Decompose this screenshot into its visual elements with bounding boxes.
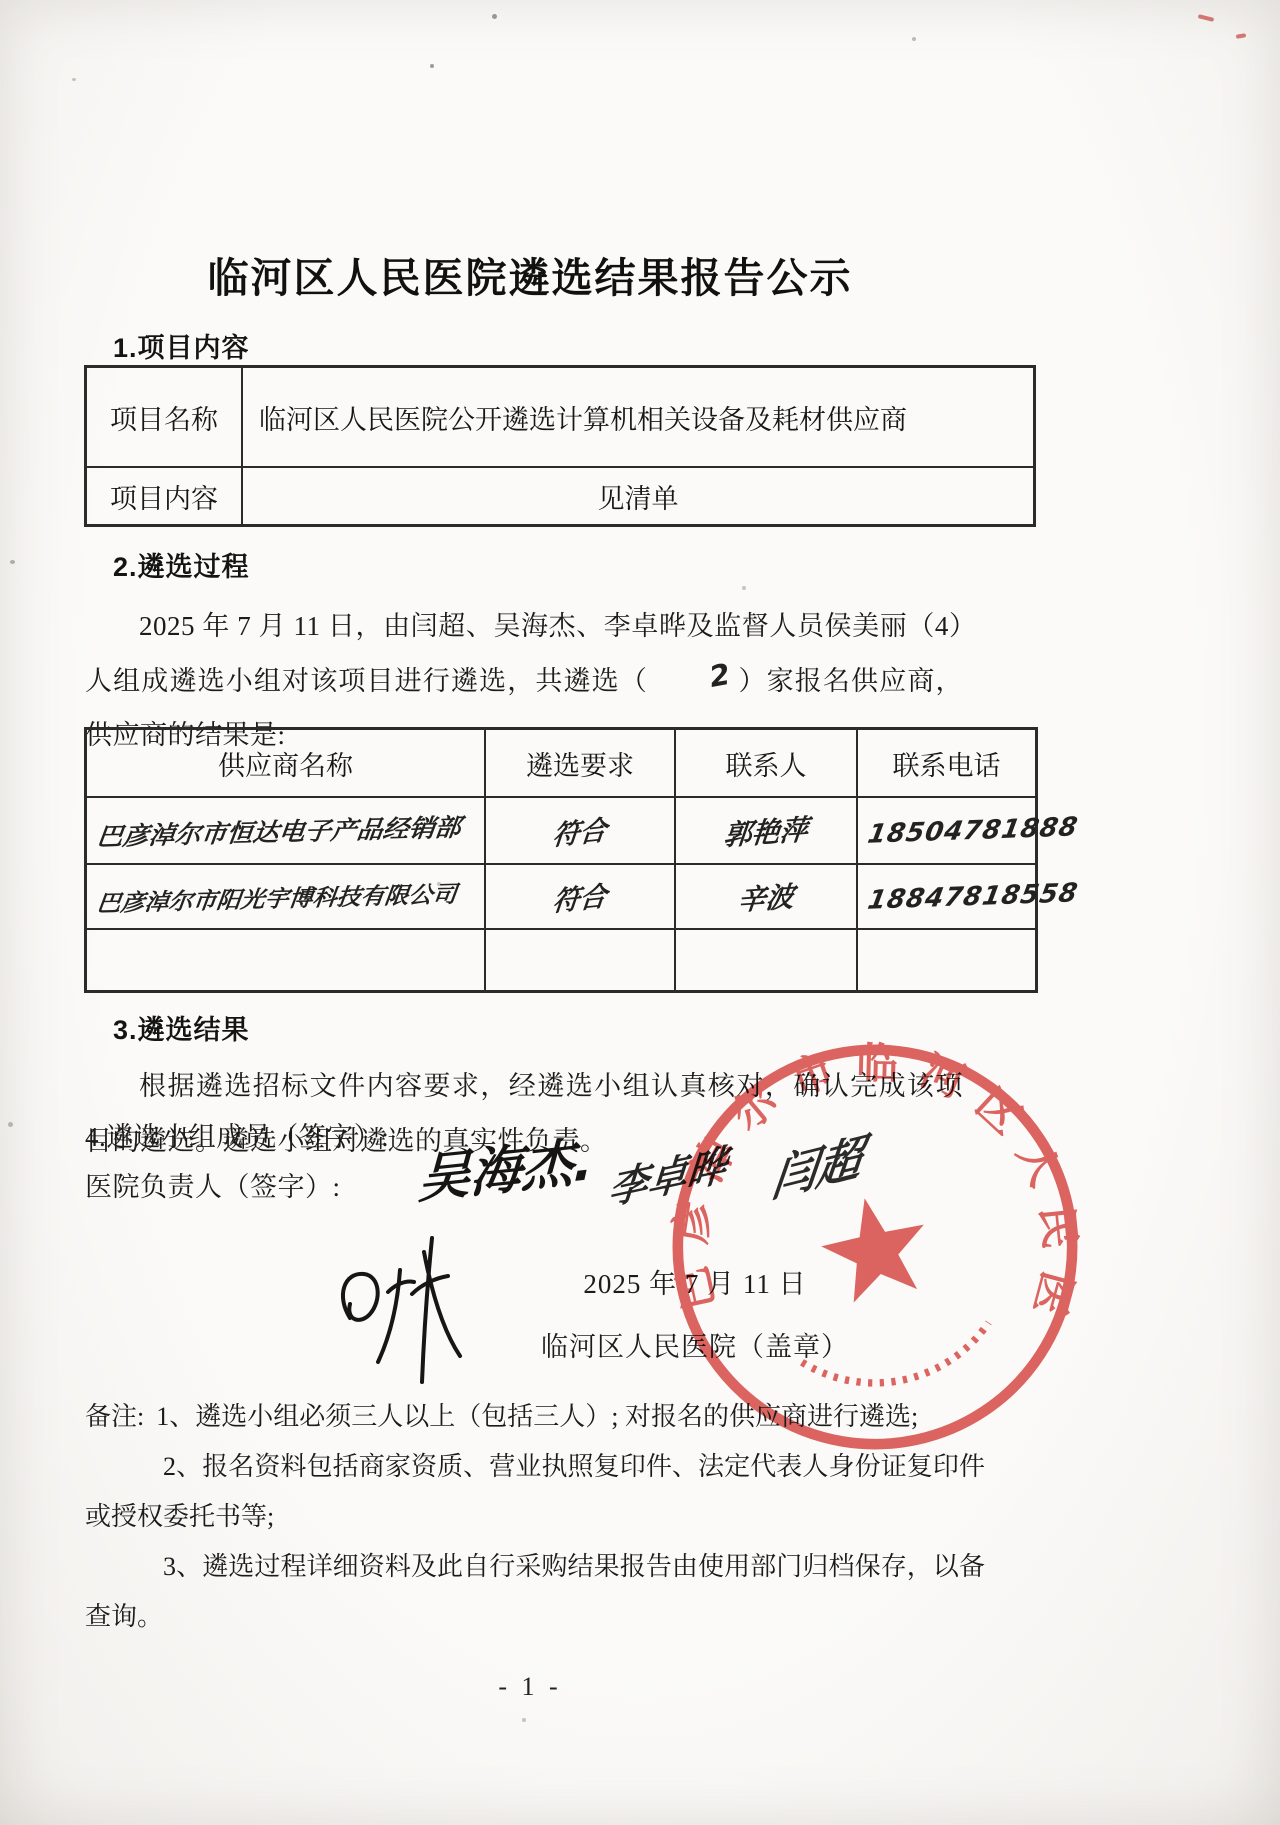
scan-speck-red — [1236, 33, 1247, 39]
table-row: 巴彦淖尔市恒达电子产品经销部 符合 郭艳萍 18504781888 — [86, 797, 1036, 864]
note-item-1: 1、遴选小组必须三人以上（包括三人）; 对报名的供应商进行遴选; — [156, 1402, 918, 1431]
handwritten-phone-1: 18504781888 — [865, 812, 1080, 850]
section-2-heading: 2.遴选过程 — [113, 545, 250, 584]
section-1-heading: 1.项目内容 — [113, 326, 250, 365]
handwritten-supplier-1: 巴彦淖尔市恒达电子产品经销部 — [95, 808, 463, 853]
project-name-label: 项目名称 — [86, 367, 242, 467]
section-3-heading: 3.遴选结果 — [113, 1008, 250, 1047]
handwritten-contact-1: 郭艳萍 — [722, 807, 810, 853]
document-title: 临河区人民医院遴选结果报告公示 — [85, 245, 975, 304]
table-row-empty — [86, 929, 1036, 991]
closing-date: 2025 年 7 月 11 日 — [540, 1262, 850, 1301]
note-item-3: 3、遴选过程详细资料及此自行采购结果报告由使用部门归档保存，以备查询。 — [85, 1542, 985, 1642]
header-phone: 联系电话 — [857, 729, 1036, 797]
hospital-head-signature-scribble — [328, 1222, 478, 1397]
supplier-result-table: 供应商名称 遴选要求 联系人 联系电话 巴彦淖尔市恒达电子产品经销部 符合 郭艳… — [85, 728, 1037, 992]
scan-speck — [430, 64, 434, 68]
note-line-1: 备注:1、遴选小组必须三人以上（包括三人）; 对报名的供应商进行遴选; — [85, 1392, 985, 1442]
project-name-value: 临河区人民医院公开遴选计算机相关设备及耗材供应商 — [242, 367, 1034, 467]
handwritten-contact-2: 辛波 — [736, 874, 796, 918]
note-item-2: 2、报名资料包括商家资质、营业执照复印件、法定代表人身份证复印件或授权委托书等; — [85, 1442, 985, 1542]
scan-speck — [742, 586, 746, 590]
notes-label: 备注: — [85, 1402, 144, 1431]
handwritten-phone-2: 18847818558 — [865, 878, 1080, 916]
notes-block: 备注:1、遴选小组必须三人以上（包括三人）; 对报名的供应商进行遴选; 2、报名… — [85, 1392, 985, 1642]
header-supplier-name: 供应商名称 — [86, 729, 485, 797]
project-content-label: 项目内容 — [86, 467, 242, 525]
table-row: 项目名称 临河区人民医院公开遴选计算机相关设备及耗材供应商 — [86, 367, 1034, 467]
closing-organization: 临河区人民医院（盖章） — [540, 1325, 850, 1364]
project-info-table: 项目名称 临河区人民医院公开遴选计算机相关设备及耗材供应商 项目内容 见清单 — [85, 366, 1035, 526]
scan-speck-red — [1198, 14, 1214, 22]
header-contact: 联系人 — [675, 729, 857, 797]
scan-speck — [912, 37, 916, 41]
handwritten-supplier-count: 2 — [652, 647, 735, 713]
scan-speck — [10, 560, 15, 564]
scan-speck — [492, 14, 497, 19]
scan-speck — [522, 1718, 526, 1722]
handwritten-requirement-1: 符合 — [551, 808, 609, 853]
header-requirement: 遴选要求 — [485, 729, 675, 797]
hospital-head-signature-label: 医院负责人（签字）: — [85, 1162, 505, 1212]
project-content-value: 见清单 — [242, 467, 1034, 525]
scanned-document-page: 临河区人民医院遴选结果报告公示 1.项目内容 项目名称 临河区人民医院公开遴选计… — [0, 0, 1280, 1825]
page-number: - 1 - — [85, 1672, 975, 1702]
scan-speck — [72, 78, 76, 81]
table-row: 巴彦淖尔市阳光宇博科技有限公司 符合 辛波 18847818558 — [86, 864, 1036, 929]
table-header-row: 供应商名称 遴选要求 联系人 联系电话 — [86, 729, 1036, 797]
handwritten-supplier-2: 巴彦淖尔市阳光宇博科技有限公司 — [95, 875, 459, 918]
handwritten-requirement-2: 符合 — [551, 874, 609, 919]
table-row: 项目内容 见清单 — [86, 467, 1034, 525]
scan-speck — [8, 1122, 13, 1127]
closing-block: 2025 年 7 月 11 日 临河区人民医院（盖章） — [540, 1262, 850, 1388]
scan-speck — [437, 882, 441, 886]
